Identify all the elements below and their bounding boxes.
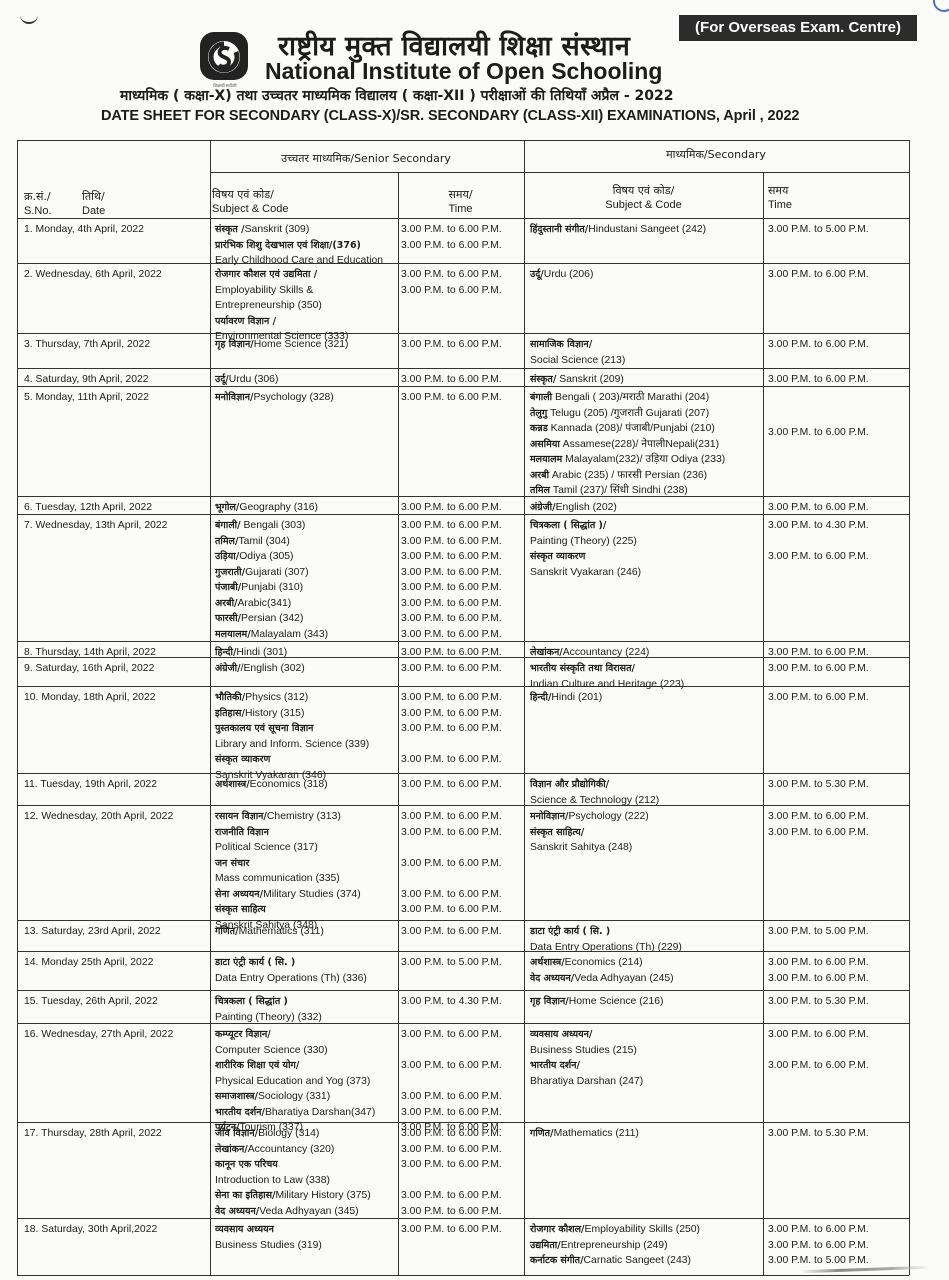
- subject-english: Economics (214): [565, 957, 643, 968]
- time-slot: 3.00 P.M. to 6.00 P.M.: [768, 1027, 869, 1043]
- subject-hindi: पुस्तकालय एवं सूचना विज्ञान: [215, 723, 313, 734]
- subject-hindi: गणित/: [530, 1128, 554, 1139]
- subject-hindi: उर्दू/: [215, 374, 229, 385]
- subject-hindi: व्यवसाय अध्ययन/: [530, 1029, 592, 1040]
- subject-line: लेखांकन/Accountancy (320): [215, 1142, 371, 1158]
- subject-cell: भौतिकी/Physics (312)इतिहास/History (315)…: [215, 690, 369, 783]
- table-rule: [17, 951, 909, 952]
- subject-english: Business Studies (319): [215, 1240, 322, 1251]
- subject-hindi: जन संचार: [215, 858, 249, 869]
- subject-english: Psychology (328): [253, 392, 333, 403]
- subject-cell: अर्थशास्त्र/Economics (214)वेद अध्ययन/Ve…: [530, 955, 674, 986]
- time-slot: 3.00 P.M. to 6.00 P.M.: [401, 627, 502, 643]
- subject-hindi: चित्रकला ( सिद्धांत )/: [530, 520, 606, 531]
- subject-hindi: रसायन विज्ञान/: [215, 811, 267, 822]
- subject-line: अंग्रेजी//English (302): [215, 661, 305, 677]
- subject-english: Urdu (306): [229, 374, 279, 385]
- subject-english: Kannada (208)/ पंजाबी/Punjabi (210): [548, 423, 715, 434]
- subject-english: Bengali (303): [241, 520, 306, 531]
- subject-line: अरबी/Arabic(341): [215, 596, 328, 612]
- subject-hindi: गुजराती/: [215, 567, 245, 578]
- subject-line: रसायन विज्ञान/Chemistry (313): [215, 809, 361, 825]
- subject-english: Library and Inform. Science (339): [215, 739, 369, 750]
- subject-english: Accountancy (224): [563, 647, 650, 658]
- subject-line: अरबी Arabic (235) / फारसी Persian (236): [530, 468, 725, 484]
- subject-english: Psychology (222): [568, 811, 648, 822]
- subject-hindi: भारतीय संस्कृति तथा विरासत/: [530, 663, 635, 674]
- exam-date: 17. Thursday, 28th April, 2022: [24, 1126, 162, 1142]
- subject-line: भौतिकी/Physics (312): [215, 690, 369, 706]
- subject-cell: रोजगार कौशल एवं उद्यमिता /Employability …: [215, 267, 348, 345]
- subject-english: Odiya (305): [239, 551, 293, 562]
- subject-english: Chemistry (313): [267, 811, 341, 822]
- time-slot: 3.00 P.M. to 6.00 P.M.: [401, 596, 502, 612]
- subject-english: Gujarati (307): [245, 567, 309, 578]
- subject-line: Science & Technology (212): [530, 793, 659, 809]
- subject-hindi: सेना अध्ययन/: [215, 889, 263, 900]
- subject-cell: व्यवसाय अध्ययनBusiness Studies (319): [215, 1222, 322, 1253]
- subject-hindi: असमिया: [530, 439, 560, 450]
- subject-line: भूगोल/Geography (316): [215, 500, 318, 516]
- subject-line: Computer Science (330): [215, 1043, 375, 1059]
- subject-line: बंगाली Bengali ( 203)/मराठी Marathi (204…: [530, 390, 725, 406]
- subject-english: Physics (312): [245, 692, 308, 703]
- exam-date: 13. Saturday, 23rd April, 2022: [24, 924, 161, 940]
- time-slot: 3.00 P.M. to 6.00 P.M.: [768, 500, 869, 516]
- subject-english: Arabic (235) / फारसी Persian (236): [549, 470, 707, 481]
- time-slot: 3.00 P.M. to 6.00 P.M.: [401, 283, 502, 299]
- subject-hindi: उद्यमिता/: [530, 1240, 561, 1251]
- subject-line: अंग्रेजी/English (202): [530, 500, 617, 516]
- time-slot: 3.00 P.M. to 5.30 P.M.: [768, 994, 869, 1010]
- subject-hindi: इतिहास/: [215, 708, 245, 719]
- subject-english: Tamil (304): [238, 536, 289, 547]
- subject-cell: अंग्रेजी/English (202): [530, 500, 617, 516]
- subject-line: सेना का इतिहास/Military History (375): [215, 1188, 371, 1204]
- time-slot: 3.00 P.M. to 6.00 P.M.: [401, 661, 502, 677]
- time-slot: 3.00 P.M. to 6.00 P.M.: [768, 267, 869, 283]
- subject-cell: कम्प्यूटर विज्ञान/Computer Science (330)…: [215, 1027, 375, 1136]
- subject-cell: उर्दू/Urdu (306): [215, 372, 278, 388]
- time-slot: 3.00 P.M. to 6.00 P.M.: [401, 337, 502, 353]
- date-sheet-table: उच्चतर माध्यमिक/Senior Secondary माध्यमि…: [0, 0, 949, 1280]
- subject-line: विज्ञान और प्रौद्योगिकी/: [530, 777, 659, 793]
- subject-hindi: बंगाली: [530, 392, 552, 403]
- subject-hindi: रोजगार कौशल/: [530, 1224, 585, 1235]
- subject-hindi: संस्कृत साहित्य: [215, 904, 266, 915]
- subject-cell: संस्कृत/ Sanskrit (209): [530, 372, 624, 388]
- subject-english: Business Studies (215): [530, 1045, 637, 1056]
- subject-line: चित्रकला ( सिद्धांत ): [215, 994, 322, 1010]
- time-slot: 3.00 P.M. to 6.00 P.M.: [401, 1142, 502, 1158]
- subject-hindi: हिंदुस्तानी संगीत/: [530, 224, 588, 235]
- subject-english: Veda Adhyayan (245): [574, 973, 673, 984]
- subject-cell: रोजगार कौशल/Employability Skills (250)उद…: [530, 1222, 700, 1269]
- subject-hindi: हिन्दी/: [530, 692, 551, 703]
- subject-hindi: उर्दू/: [530, 269, 544, 280]
- header-senior-secondary: उच्चतर माध्यमिक/Senior Secondary: [210, 152, 522, 166]
- subject-english: History (315): [245, 708, 304, 719]
- time-slot: 3.00 P.M. to 6.00 P.M.: [768, 955, 869, 971]
- subject-english: Hindi (201): [551, 692, 602, 703]
- subject-english: Punjabi (310): [241, 582, 303, 593]
- subject-english: Military History (375): [275, 1190, 370, 1201]
- subject-line: Painting (Theory) (332): [215, 1010, 322, 1026]
- subject-line: संस्कृत साहित्य: [215, 902, 361, 918]
- subject-english: Sanskrit Vyakaran (246): [530, 567, 641, 578]
- subject-hindi: मनोविज्ञान/: [215, 392, 253, 403]
- table-rule: [210, 172, 909, 173]
- subject-hindi: प्रारंभिक शिशु देखभाल एवं शिक्षा/(376): [215, 240, 361, 251]
- subject-line: Introduction to Law (338): [215, 1173, 371, 1189]
- subject-hindi: कानून एक परिचय: [215, 1159, 278, 1170]
- subject-line: मनोविज्ञान/Psychology (222): [530, 809, 649, 825]
- subject-line: गृह विज्ञान/Home Science (216): [530, 994, 663, 1010]
- time-slot: 3.00 P.M. to 4.30 P.M.: [401, 994, 502, 1010]
- table-rule: [17, 773, 909, 774]
- subject-hindi: लेखांकन/: [215, 1144, 248, 1155]
- subject-english: Entrepreneurship (350): [215, 300, 322, 311]
- subject-line: भारतीय संस्कृति तथा विरासत/: [530, 661, 684, 677]
- subject-hindi: समाजशास्त्र/: [215, 1091, 258, 1102]
- subject-english: Sanskrit Sahitya (248): [530, 842, 632, 853]
- subject-line: समाजशास्त्र/Sociology (331): [215, 1089, 375, 1105]
- exam-date: 1. Monday, 4th April, 2022: [24, 222, 144, 238]
- subject-cell: डाटा एंट्री कार्य ( सि. )Data Entry Oper…: [530, 924, 682, 955]
- subject-english: /English (302): [241, 663, 305, 674]
- table-rule: [17, 333, 909, 334]
- subject-english: English (202): [556, 502, 617, 513]
- time-slot: 3.00 P.M. to 6.00 P.M.: [401, 1222, 502, 1238]
- subject-line: तेलुगु Telugu (205) /गुजराती Gujarati (2…: [530, 406, 725, 422]
- subject-english: Tamil (237)/ सिंधी Sindhi (238): [550, 485, 688, 496]
- time-slot: 3.00 P.M. to 6.00 P.M.: [401, 752, 502, 768]
- subject-line: संस्कृत साहित्य/: [530, 825, 649, 841]
- exam-date: 7. Wednesday, 13th April, 2022: [24, 518, 167, 534]
- table-rule: [17, 218, 909, 219]
- subject-hindi: गणित/: [215, 926, 239, 937]
- subject-cell: बंगाली Bengali ( 203)/मराठी Marathi (204…: [530, 390, 725, 499]
- time-slot: 3.00 P.M. to 6.00 P.M.: [401, 1204, 502, 1220]
- subject-english: Mathematics (311): [239, 926, 324, 937]
- subject-cell: भूगोल/Geography (316): [215, 500, 318, 516]
- table-rule: [17, 496, 909, 497]
- subject-english: Sanskrit (309): [245, 224, 310, 235]
- subject-english: Hindustani Sangeet (242): [588, 224, 706, 235]
- subject-hindi: अंग्रेजी/: [215, 663, 241, 674]
- subject-hindi: वेद अध्ययन/: [215, 1206, 259, 1217]
- table-rule: [398, 172, 399, 1275]
- exam-date: 11. Tuesday, 19th April, 2022: [24, 777, 157, 793]
- subject-line: लेखांकन/Accountancy (224): [530, 645, 649, 661]
- subject-cell: जीव विज्ञान/Biology (314)लेखांकन/Account…: [215, 1126, 371, 1219]
- subject-hindi: डाटा एंट्री कार्य ( सि. ): [215, 957, 295, 968]
- subject-hindi: हिन्दी/: [215, 647, 236, 658]
- subject-english: Mass communication (335): [215, 873, 340, 884]
- subject-line: Sanskrit Vyakaran (246): [530, 565, 641, 581]
- time-slot: 3.00 P.M. to 6.00 P.M.: [401, 1105, 502, 1121]
- header-secondary: माध्यमिक/Secondary: [524, 148, 908, 162]
- subject-line: वेद अध्ययन/Veda Adhyayan (245): [530, 971, 674, 987]
- subject-line: सामाजिक विज्ञान/: [530, 337, 625, 353]
- subject-hindi: संस्कृत /: [215, 224, 245, 235]
- subject-cell: मनोविज्ञान/Psychology (222)संस्कृत साहित…: [530, 809, 649, 856]
- subject-hindi: भारतीय दर्शन/: [215, 1107, 265, 1118]
- time-slot: 3.00 P.M. to 6.00 P.M.: [401, 809, 502, 825]
- time-slot: 3.00 P.M. to 6.00 P.M.: [401, 549, 502, 565]
- time-slot: 3.00 P.M. to 6.00 P.M.: [401, 856, 502, 872]
- header-date: तिथि/Date: [82, 190, 142, 218]
- subject-cell: हिन्दी/Hindi (201): [530, 690, 602, 706]
- subject-line: डाटा एंट्री कार्य ( सि. ): [215, 955, 367, 971]
- subject-hindi: अरबी: [530, 470, 549, 481]
- exam-date: 6. Tuesday, 12th April, 2022: [24, 500, 152, 516]
- table-rule: [17, 1275, 909, 1276]
- subject-english: Science & Technology (212): [530, 795, 659, 806]
- subject-line: Library and Inform. Science (339): [215, 737, 369, 753]
- subject-line: संस्कृत व्याकरण: [215, 752, 369, 768]
- subject-english: Entrepreneurship (249): [561, 1240, 668, 1251]
- time-slot: 3.00 P.M. to 5.30 P.M.: [768, 1126, 869, 1142]
- time-slot: 3.00 P.M. to 6.00 P.M.: [768, 690, 869, 706]
- time-slot: 3.00 P.M. to 6.00 P.M.: [768, 549, 869, 565]
- subject-cell: बंगाली/ Bengali (303)तमिल/Tamil (304)उड़…: [215, 518, 328, 642]
- subject-cell: चित्रकला ( सिद्धांत )/Painting (Theory) …: [530, 518, 641, 580]
- subject-line: संस्कृत /Sanskrit (309): [215, 222, 383, 238]
- time-slot: 3.00 P.M. to 6.00 P.M.: [768, 809, 869, 825]
- subject-line: Employability Skills &: [215, 283, 348, 299]
- subject-line: हिंदुस्तानी संगीत/Hindustani Sangeet (24…: [530, 222, 706, 238]
- subject-english: Home Science (321): [254, 339, 349, 350]
- subject-hindi: भूगोल/: [215, 502, 239, 513]
- time-slot: 3.00 P.M. to 6.00 P.M.: [401, 645, 502, 661]
- subject-line: राजनीति विज्ञान: [215, 825, 361, 841]
- subject-english: Bharatiya Darshan(347): [265, 1107, 375, 1118]
- exam-date: 12. Wednesday, 20th April, 2022: [24, 809, 173, 825]
- subject-hindi: कम्प्यूटर विज्ञान/: [215, 1029, 271, 1040]
- subject-line: फारसी/Persian (342): [215, 611, 328, 627]
- time-slot: 3.00 P.M. to 5.00 P.M.: [401, 955, 502, 971]
- subject-hindi: गृह विज्ञान/: [215, 339, 254, 350]
- time-slot: 3.00 P.M. to 6.00 P.M.: [768, 425, 869, 441]
- header-sec-subject: विषय एवं कोड/Subject & Code: [524, 184, 763, 212]
- subject-hindi: कन्नड: [530, 423, 548, 434]
- subject-line: व्यवसाय अध्ययन/: [530, 1027, 643, 1043]
- subject-cell: उर्दू/Urdu (206): [530, 267, 593, 283]
- subject-hindi: रोजगार कौशल एवं उद्यमिता /: [215, 269, 317, 280]
- subject-line: भारतीय दर्शन/Bharatiya Darshan(347): [215, 1105, 375, 1121]
- subject-hindi: अर्थशास्त्र/: [215, 779, 250, 790]
- subject-line: जीव विज्ञान/Biology (314): [215, 1126, 371, 1142]
- time-slot: 3.00 P.M. to 6.00 P.M.: [768, 1058, 869, 1074]
- exam-date: 18. Saturday, 30th April,2022: [24, 1222, 157, 1238]
- time-slot: 3.00 P.M. to 6.00 P.M.: [401, 1027, 502, 1043]
- subject-hindi: उड़िया/: [215, 551, 239, 562]
- subject-cell: विज्ञान और प्रौद्योगिकी/Science & Techno…: [530, 777, 659, 808]
- time-slot: 3.00 P.M. to 6.00 P.M.: [768, 645, 869, 661]
- subject-line: Mass communication (335): [215, 871, 361, 887]
- header-sr-time: समय/Time: [398, 188, 523, 216]
- subject-hindi: संस्कृत व्याकरण: [530, 551, 585, 562]
- exam-date: 9. Saturday, 16th April, 2022: [24, 661, 154, 677]
- subject-english: Physical Education and Yog (373): [215, 1076, 370, 1087]
- time-slot: 3.00 P.M. to 6.00 P.M.: [401, 267, 502, 283]
- subject-english: Political Science (317): [215, 842, 318, 853]
- subject-line: बंगाली/ Bengali (303): [215, 518, 328, 534]
- subject-line: गृह विज्ञान/Home Science (321): [215, 337, 348, 353]
- subject-line: कन्नड Kannada (208)/ पंजाबी/Punjabi (210…: [530, 421, 725, 437]
- subject-english: Indian Culture and Heritage (223): [530, 679, 684, 690]
- subject-hindi: कर्नाटक संगीत/: [530, 1255, 584, 1266]
- subject-english: Sociology (331): [258, 1091, 330, 1102]
- subject-line: Data Entry Operations (Th) (336): [215, 971, 367, 987]
- subject-cell: लेखांकन/Accountancy (224): [530, 645, 649, 661]
- subject-line: हिन्दी/Hindi (201): [530, 690, 602, 706]
- exam-date: 14. Monday 25th April, 2022: [24, 955, 153, 971]
- time-slot: 3.00 P.M. to 6.00 P.M.: [401, 924, 502, 940]
- subject-line: गणित/Mathematics (211): [530, 1126, 639, 1142]
- subject-hindi: जीव विज्ञान/: [215, 1128, 258, 1139]
- exam-date: 15. Tuesday, 26th April, 2022: [24, 994, 158, 1010]
- subject-english: Home Science (216): [569, 996, 664, 1007]
- subject-hindi: बंगाली/: [215, 520, 241, 531]
- subject-hindi: विज्ञान और प्रौद्योगिकी/: [530, 779, 609, 790]
- time-slot: 3.00 P.M. to 6.00 P.M.: [401, 518, 502, 534]
- subject-line: Entrepreneurship (350): [215, 298, 348, 314]
- subject-english: Arabic(341): [238, 598, 292, 609]
- subject-line: पंजाबी/Punjabi (310): [215, 580, 328, 596]
- subject-line: सेना अध्ययन/Military Studies (374): [215, 887, 361, 903]
- subject-line: Sanskrit Sahitya (248): [530, 840, 649, 856]
- subject-english: Introduction to Law (338): [215, 1175, 330, 1186]
- subject-line: गणित/Mathematics (311): [215, 924, 324, 940]
- subject-hindi: गृह विज्ञान/: [530, 996, 569, 1007]
- time-slot: 3.00 P.M. to 6.00 P.M.: [401, 706, 502, 722]
- subject-english: Accountancy (320): [248, 1144, 335, 1155]
- table-rule: [17, 990, 909, 991]
- subject-english: Data Entry Operations (Th) (229): [530, 942, 682, 953]
- time-slot: 3.00 P.M. to 6.00 P.M.: [401, 611, 502, 627]
- table-rule: [17, 140, 909, 141]
- subject-hindi: तमिल: [530, 485, 550, 496]
- time-slot: 3.00 P.M. to 6.00 P.M.: [768, 1222, 869, 1238]
- subject-line: Data Entry Operations (Th) (229): [530, 940, 682, 956]
- subject-cell: मनोविज्ञान/Psychology (328): [215, 390, 334, 406]
- subject-hindi: अंग्रेजी/: [530, 502, 556, 513]
- subject-line: असमिया Assamese(228)/ नेपालीNepali(231): [530, 437, 725, 453]
- subject-english: Telugu (205) /गुजराती Gujarati (207): [547, 408, 709, 419]
- time-slot: 3.00 P.M. to 6.00 P.M.: [401, 500, 502, 516]
- subject-line: पर्यावरण विज्ञान /: [215, 314, 348, 330]
- subject-line: मलयालम Malayalam(232)/ उड़िया Odiya (233…: [530, 452, 725, 468]
- subject-cell: चित्रकला ( सिद्धांत )Painting (Theory) (…: [215, 994, 322, 1025]
- table-rule: [17, 368, 909, 369]
- subject-cell: गृह विज्ञान/Home Science (321): [215, 337, 348, 353]
- time-slot: 3.00 P.M. to 4.30 P.M.: [768, 518, 869, 534]
- time-slot: 3.00 P.M. to 5.00 P.M.: [768, 1253, 869, 1269]
- time-slot: 3.00 P.M. to 6.00 P.M.: [401, 1089, 502, 1105]
- subject-hindi: भौतिकी/: [215, 692, 245, 703]
- subject-line: जन संचार: [215, 856, 361, 872]
- time-slot: 3.00 P.M. to 6.00 P.M.: [401, 238, 502, 254]
- subject-english: Assamese(228)/ नेपालीNepali(231): [560, 439, 719, 450]
- time-slot: 3.00 P.M. to 6.00 P.M.: [401, 534, 502, 550]
- subject-hindi: अर्थशास्त्र/: [530, 957, 565, 968]
- subject-hindi: संस्कृत व्याकरण: [215, 754, 270, 765]
- subject-hindi: भारतीय दर्शन/: [530, 1060, 580, 1071]
- subject-cell: संस्कृत /Sanskrit (309)प्रारंभिक शिशु दे…: [215, 222, 383, 269]
- subject-hindi: फारसी/: [215, 613, 241, 624]
- subject-english: Biology (314): [258, 1128, 319, 1139]
- subject-hindi: चित्रकला ( सिद्धांत ): [215, 996, 288, 1007]
- subject-cell: हिंदुस्तानी संगीत/Hindustani Sangeet (24…: [530, 222, 706, 238]
- time-slot: 3.00 P.M. to 6.00 P.M.: [768, 825, 869, 841]
- header-sr-subject: विषय एवं कोड/Subject & Code: [212, 188, 392, 216]
- table-rule: [17, 920, 909, 921]
- table-rule: [17, 686, 909, 687]
- subject-line: इतिहास/History (315): [215, 706, 369, 722]
- subject-line: मलयालम/Malayalam (343): [215, 627, 328, 643]
- subject-line: Social Science (213): [530, 353, 625, 369]
- subject-english: Employability Skills &: [215, 285, 313, 296]
- subject-hindi: अरबी/: [215, 598, 238, 609]
- time-slot: 3.00 P.M. to 6.00 P.M.: [401, 1126, 502, 1142]
- exam-date: 4. Saturday, 9th April, 2022: [24, 372, 149, 388]
- exam-date: 10. Monday, 18th April, 2022: [24, 690, 156, 706]
- time-slot: 3.00 P.M. to 6.00 P.M.: [401, 222, 502, 238]
- time-slot: 3.00 P.M. to 6.00 P.M.: [768, 1238, 869, 1254]
- subject-english: Employability Skills (250): [585, 1224, 701, 1235]
- table-rule: [210, 140, 211, 1275]
- subject-hindi: संस्कृत साहित्य/: [530, 827, 584, 838]
- subject-hindi: सामाजिक विज्ञान/: [530, 339, 592, 350]
- time-slot: 3.00 P.M. to 6.00 P.M.: [401, 1188, 502, 1204]
- subject-hindi: मनोविज्ञान/: [530, 811, 568, 822]
- subject-line: संस्कृत व्याकरण: [530, 549, 641, 565]
- time-slot: 3.00 P.M. to 6.00 P.M.: [401, 1058, 502, 1074]
- header-sno: क्र.सं./S.No.: [24, 190, 64, 218]
- subject-line: चित्रकला ( सिद्धांत )/: [530, 518, 641, 534]
- subject-english: Economics (318): [250, 779, 328, 790]
- subject-english: Painting (Theory) (225): [530, 536, 637, 547]
- subject-line: पुस्तकालय एवं सूचना विज्ञान: [215, 721, 369, 737]
- subject-line: Bharatiya Darshan (247): [530, 1074, 643, 1090]
- subject-hindi: लेखांकन/: [530, 647, 563, 658]
- subject-english: Hindi (301): [236, 647, 287, 658]
- exam-date: 16. Wednesday, 27th April, 2022: [24, 1027, 173, 1043]
- subject-line: कानून एक परिचय: [215, 1157, 371, 1173]
- subject-line: रोजगार कौशल एवं उद्यमिता /: [215, 267, 348, 283]
- subject-english: Computer Science (330): [215, 1045, 328, 1056]
- subject-english: Bengali ( 203)/मराठी Marathi (204): [552, 392, 709, 403]
- subject-english: Mathematics (211): [554, 1128, 639, 1139]
- time-slot: 3.00 P.M. to 6.00 P.M.: [768, 661, 869, 677]
- table-rule: [524, 140, 525, 1275]
- subject-english: Geography (316): [239, 502, 318, 513]
- header-sec-time: समयTime: [768, 184, 828, 212]
- subject-english: Data Entry Operations (Th) (336): [215, 973, 367, 984]
- subject-hindi: संस्कृत/: [530, 374, 556, 385]
- exam-date: 3. Thursday, 7th April, 2022: [24, 337, 150, 353]
- time-slot: 3.00 P.M. to 6.00 P.M.: [401, 721, 502, 737]
- subject-cell: डाटा एंट्री कार्य ( सि. )Data Entry Oper…: [215, 955, 367, 986]
- time-slot: 3.00 P.M. to 5.00 P.M.: [768, 222, 869, 238]
- subject-line: संस्कृत/ Sanskrit (209): [530, 372, 624, 388]
- subject-line: कम्प्यूटर विज्ञान/: [215, 1027, 375, 1043]
- subject-cell: हिन्दी/Hindi (301): [215, 645, 287, 661]
- subject-line: वेद अध्ययन/Veda Adhyayan (345): [215, 1204, 371, 1220]
- subject-cell: गृह विज्ञान/Home Science (216): [530, 994, 663, 1010]
